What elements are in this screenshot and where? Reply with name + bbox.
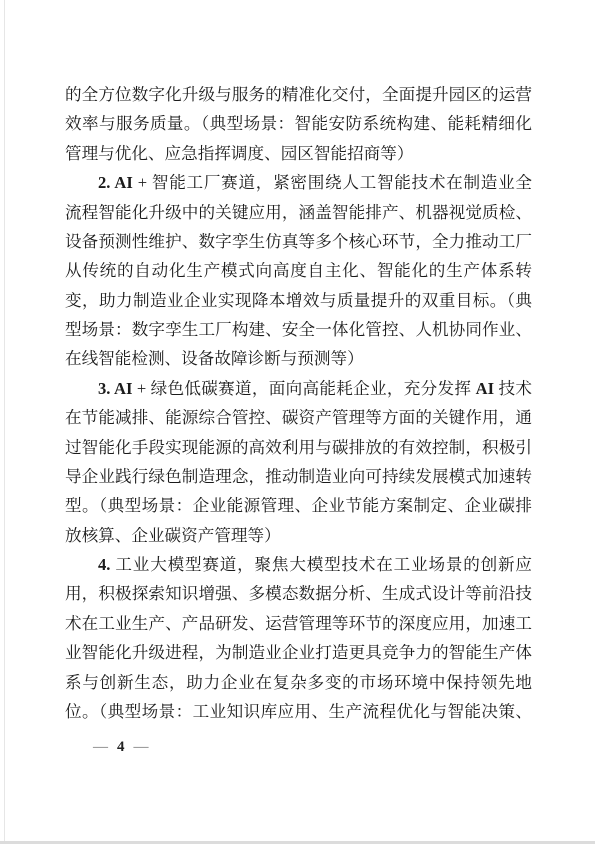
text-segment: 在节能减排、能源综合管控、碳资产管理等方面的关键作用，通 <box>65 408 532 427</box>
text-segment: 术在工业生产、产品研发、运营管理等环节的深度应用，加速工 <box>65 614 532 633</box>
page-number-footer: —4— <box>93 738 149 756</box>
text-line: 型。（典型场景：企业能源管理、企业节能方案制定、企业碳排 <box>65 491 532 520</box>
text-segment: 流程智能化升级中的关键应用，涵盖智能排产、机器视觉质检、 <box>65 203 532 222</box>
text-line: 系与创新生态，助力企业在复杂多变的市场环境中保持领先地 <box>65 668 532 697</box>
text-segment-bold: AI <box>476 379 494 398</box>
text-line: 型场景：数字孪生工厂构建、安全一体化管控、人机协同作业、 <box>65 315 532 344</box>
text-line: 从传统的自动化生产模式向高度自主化、智能化的生产体系转 <box>65 256 532 285</box>
text-segment: 型场景：数字孪生工厂构建、安全一体化管控、人机协同作业、 <box>65 320 532 339</box>
text-line: 位。（典型场景：工业知识库应用、生产流程优化与智能决策、 <box>65 697 532 726</box>
text-line: 在节能减排、能源综合管控、碳资产管理等方面的关键作用，通 <box>65 403 532 432</box>
text-segment: 业智能化升级进程，为制造业企业打造更具竞争力的智能生产体 <box>65 643 532 662</box>
text-segment: 技术 <box>494 379 532 398</box>
text-segment: 放核算、企业碳资产管理等） <box>65 526 281 545</box>
text-segment: 型。（典型场景：企业能源管理、企业节能方案制定、企业碳排 <box>65 496 532 515</box>
text-line: 术在工业生产、产品研发、运营管理等环节的深度应用，加速工 <box>65 609 532 638</box>
text-segment: 变，助力制造业企业实现降本增效与质量提升的双重目标。（典 <box>65 291 532 310</box>
text-segment: 工业大模型赛道，聚焦大模型技术在工业场景的创新应 <box>115 555 532 574</box>
text-line: 在线智能检测、设备故障诊断与预测等） <box>65 344 532 373</box>
text-line: 效率与服务质量。（典型场景：智能安防系统构建、能耗精细化 <box>65 109 532 138</box>
document-page: 的全方位数字化升级与服务的精准化交付，全面提升园区的运营效率与服务质量。（典型场… <box>0 0 595 844</box>
footer-dash-right: — <box>134 739 149 755</box>
text-segment: 设备预测性维护、数字孪生仿真等多个核心环节，全力推动工厂 <box>65 232 532 251</box>
text-line: 2. AI + 智能工厂赛道，紧密围绕人工智能技术在制造业全 <box>65 168 532 197</box>
text-segment: 从传统的自动化生产模式向高度自主化、智能化的生产体系转 <box>65 261 532 280</box>
page-left-edge <box>4 0 5 844</box>
text-segment: 位。（典型场景：工业知识库应用、生产流程优化与智能决策、 <box>65 702 532 721</box>
text-line: 变，助力制造业企业实现降本增效与质量提升的双重目标。（典 <box>65 286 532 315</box>
text-line: 设备预测性维护、数字孪生仿真等多个核心环节，全力推动工厂 <box>65 227 532 256</box>
text-segment: + 智能工厂赛道，紧密围绕人工智能技术在制造业全 <box>133 173 532 192</box>
text-segment: 过智能化手段实现能源的高效利用与碳排放的有效控制，积极引 <box>65 438 532 457</box>
text-line: 管理与优化、应急指挥调度、园区智能招商等） <box>65 139 532 168</box>
text-segment: 在线智能检测、设备故障诊断与预测等） <box>65 349 364 368</box>
text-segment: 系与创新生态，助力企业在复杂多变的市场环境中保持领先地 <box>65 673 532 692</box>
text-segment: 导企业践行绿色制造理念，推动制造业向可持续发展模式加速转 <box>65 467 532 486</box>
text-line: 的全方位数字化升级与服务的精准化交付，全面提升园区的运营 <box>65 80 532 109</box>
text-line: 过智能化手段实现能源的高效利用与碳排放的有效控制，积极引 <box>65 433 532 462</box>
text-line: 3. AI + 绿色低碳赛道，面向高能耗企业，充分发挥 AI 技术 <box>65 374 532 403</box>
text-line: 4. 工业大模型赛道，聚焦大模型技术在工业场景的创新应 <box>65 550 532 579</box>
text-segment: + 绿色低碳赛道，面向高能耗企业，充分发挥 <box>132 379 475 398</box>
text-segment: 管理与优化、应急指挥调度、园区智能招商等） <box>65 144 413 163</box>
text-line: 流程智能化升级中的关键应用，涵盖智能排产、机器视觉质检、 <box>65 198 532 227</box>
footer-page-number: 4 <box>117 739 125 755</box>
text-line: 业智能化升级进程，为制造业企业打造更具竞争力的智能生产体 <box>65 638 532 667</box>
document-text: 的全方位数字化升级与服务的精准化交付，全面提升园区的运营效率与服务质量。（典型场… <box>65 80 532 726</box>
text-segment-bold: 4. <box>98 555 115 574</box>
text-segment: 效率与服务质量。（典型场景：智能安防系统构建、能耗精细化 <box>65 114 532 133</box>
text-segment-bold: 3. AI <box>98 379 132 398</box>
text-line: 导企业践行绿色制造理念，推动制造业向可持续发展模式加速转 <box>65 462 532 491</box>
text-line: 放核算、企业碳资产管理等） <box>65 521 532 550</box>
footer-dash-left: — <box>93 739 108 755</box>
text-segment: 用，积极探索知识增强、多模态数据分析、生成式设计等前沿技 <box>65 584 532 603</box>
text-line: 用，积极探索知识增强、多模态数据分析、生成式设计等前沿技 <box>65 579 532 608</box>
text-segment: 的全方位数字化升级与服务的精准化交付，全面提升园区的运营 <box>65 85 532 104</box>
text-segment-bold: 2. AI <box>98 173 133 192</box>
